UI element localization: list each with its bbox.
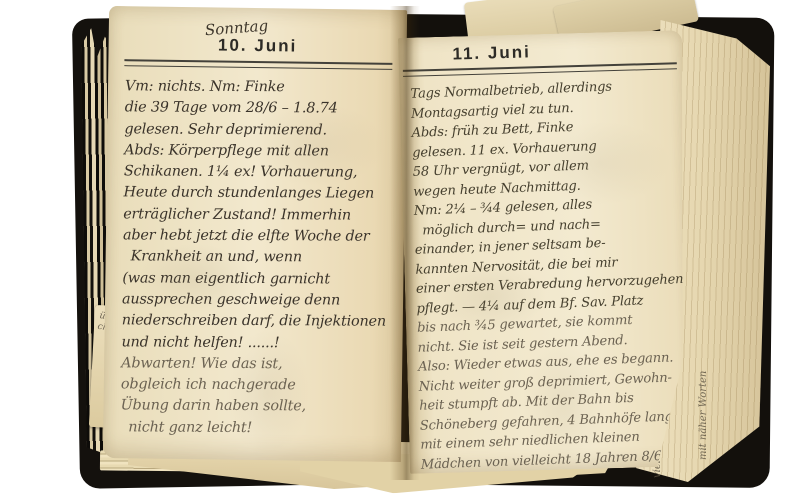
handwriting-line: obgleich ich nachgerade [121, 374, 396, 397]
left-page: Sonntag 10. Juni Vm: nichts. Nm: Finke d… [103, 6, 407, 462]
printed-date-right: 11. Juni [398, 38, 682, 66]
diary-photo: mit näher Worten viel u. was war gen ver… [0, 0, 800, 500]
handwriting-line: (was man eigentlich garnicht [122, 268, 397, 291]
handwriting-line: Heute durch stundenlanges Liegen [124, 183, 399, 206]
handwriting-line: Vm: nichts. Nm: Finke [125, 76, 400, 99]
right-page: 11. Juni Tags Normalbetrieb, allerdings … [398, 30, 694, 474]
handwriting-line: aussprechen geschweige denn [122, 289, 397, 312]
handwriting-line: die 39 Tage vom 28/6 – 1.8.74 [125, 98, 400, 121]
handwriting-line: Abds: Körperpflege mit allen [124, 140, 399, 163]
handwriting-line: aber hebt jetzt die elfte Woche der [123, 225, 398, 248]
handwriting-line: niederschreiben darf, die Injektionen [122, 311, 397, 334]
handwriting-line: Übung darin haben sollte, [121, 396, 396, 419]
left-page-entry: Vm: nichts. Nm: Finke die 39 Tage vom 28… [103, 66, 406, 441]
printed-date-left: 10. Juni [108, 34, 406, 58]
handwriting-line: Krankheit an und, wenn [123, 247, 398, 270]
right-page-entry: Tags Normalbetrieb, allerdings Montagsar… [399, 69, 694, 474]
handwriting-line: Schikanen. 1¼ ex! Vorhauerung, [124, 162, 399, 185]
handwriting-line: und nicht helfen! ......! [121, 332, 396, 355]
handwriting-line: Abwarten! Wie das ist, [121, 353, 396, 376]
handwriting-line: gelesen. Sehr deprimierend. [124, 119, 399, 142]
handwriting-line: erträglicher Zustand! Immerhin [123, 204, 398, 227]
handwriting-line: nicht ganz leicht! [120, 417, 395, 440]
edge-margin-note: mit näher Worten [698, 371, 709, 460]
